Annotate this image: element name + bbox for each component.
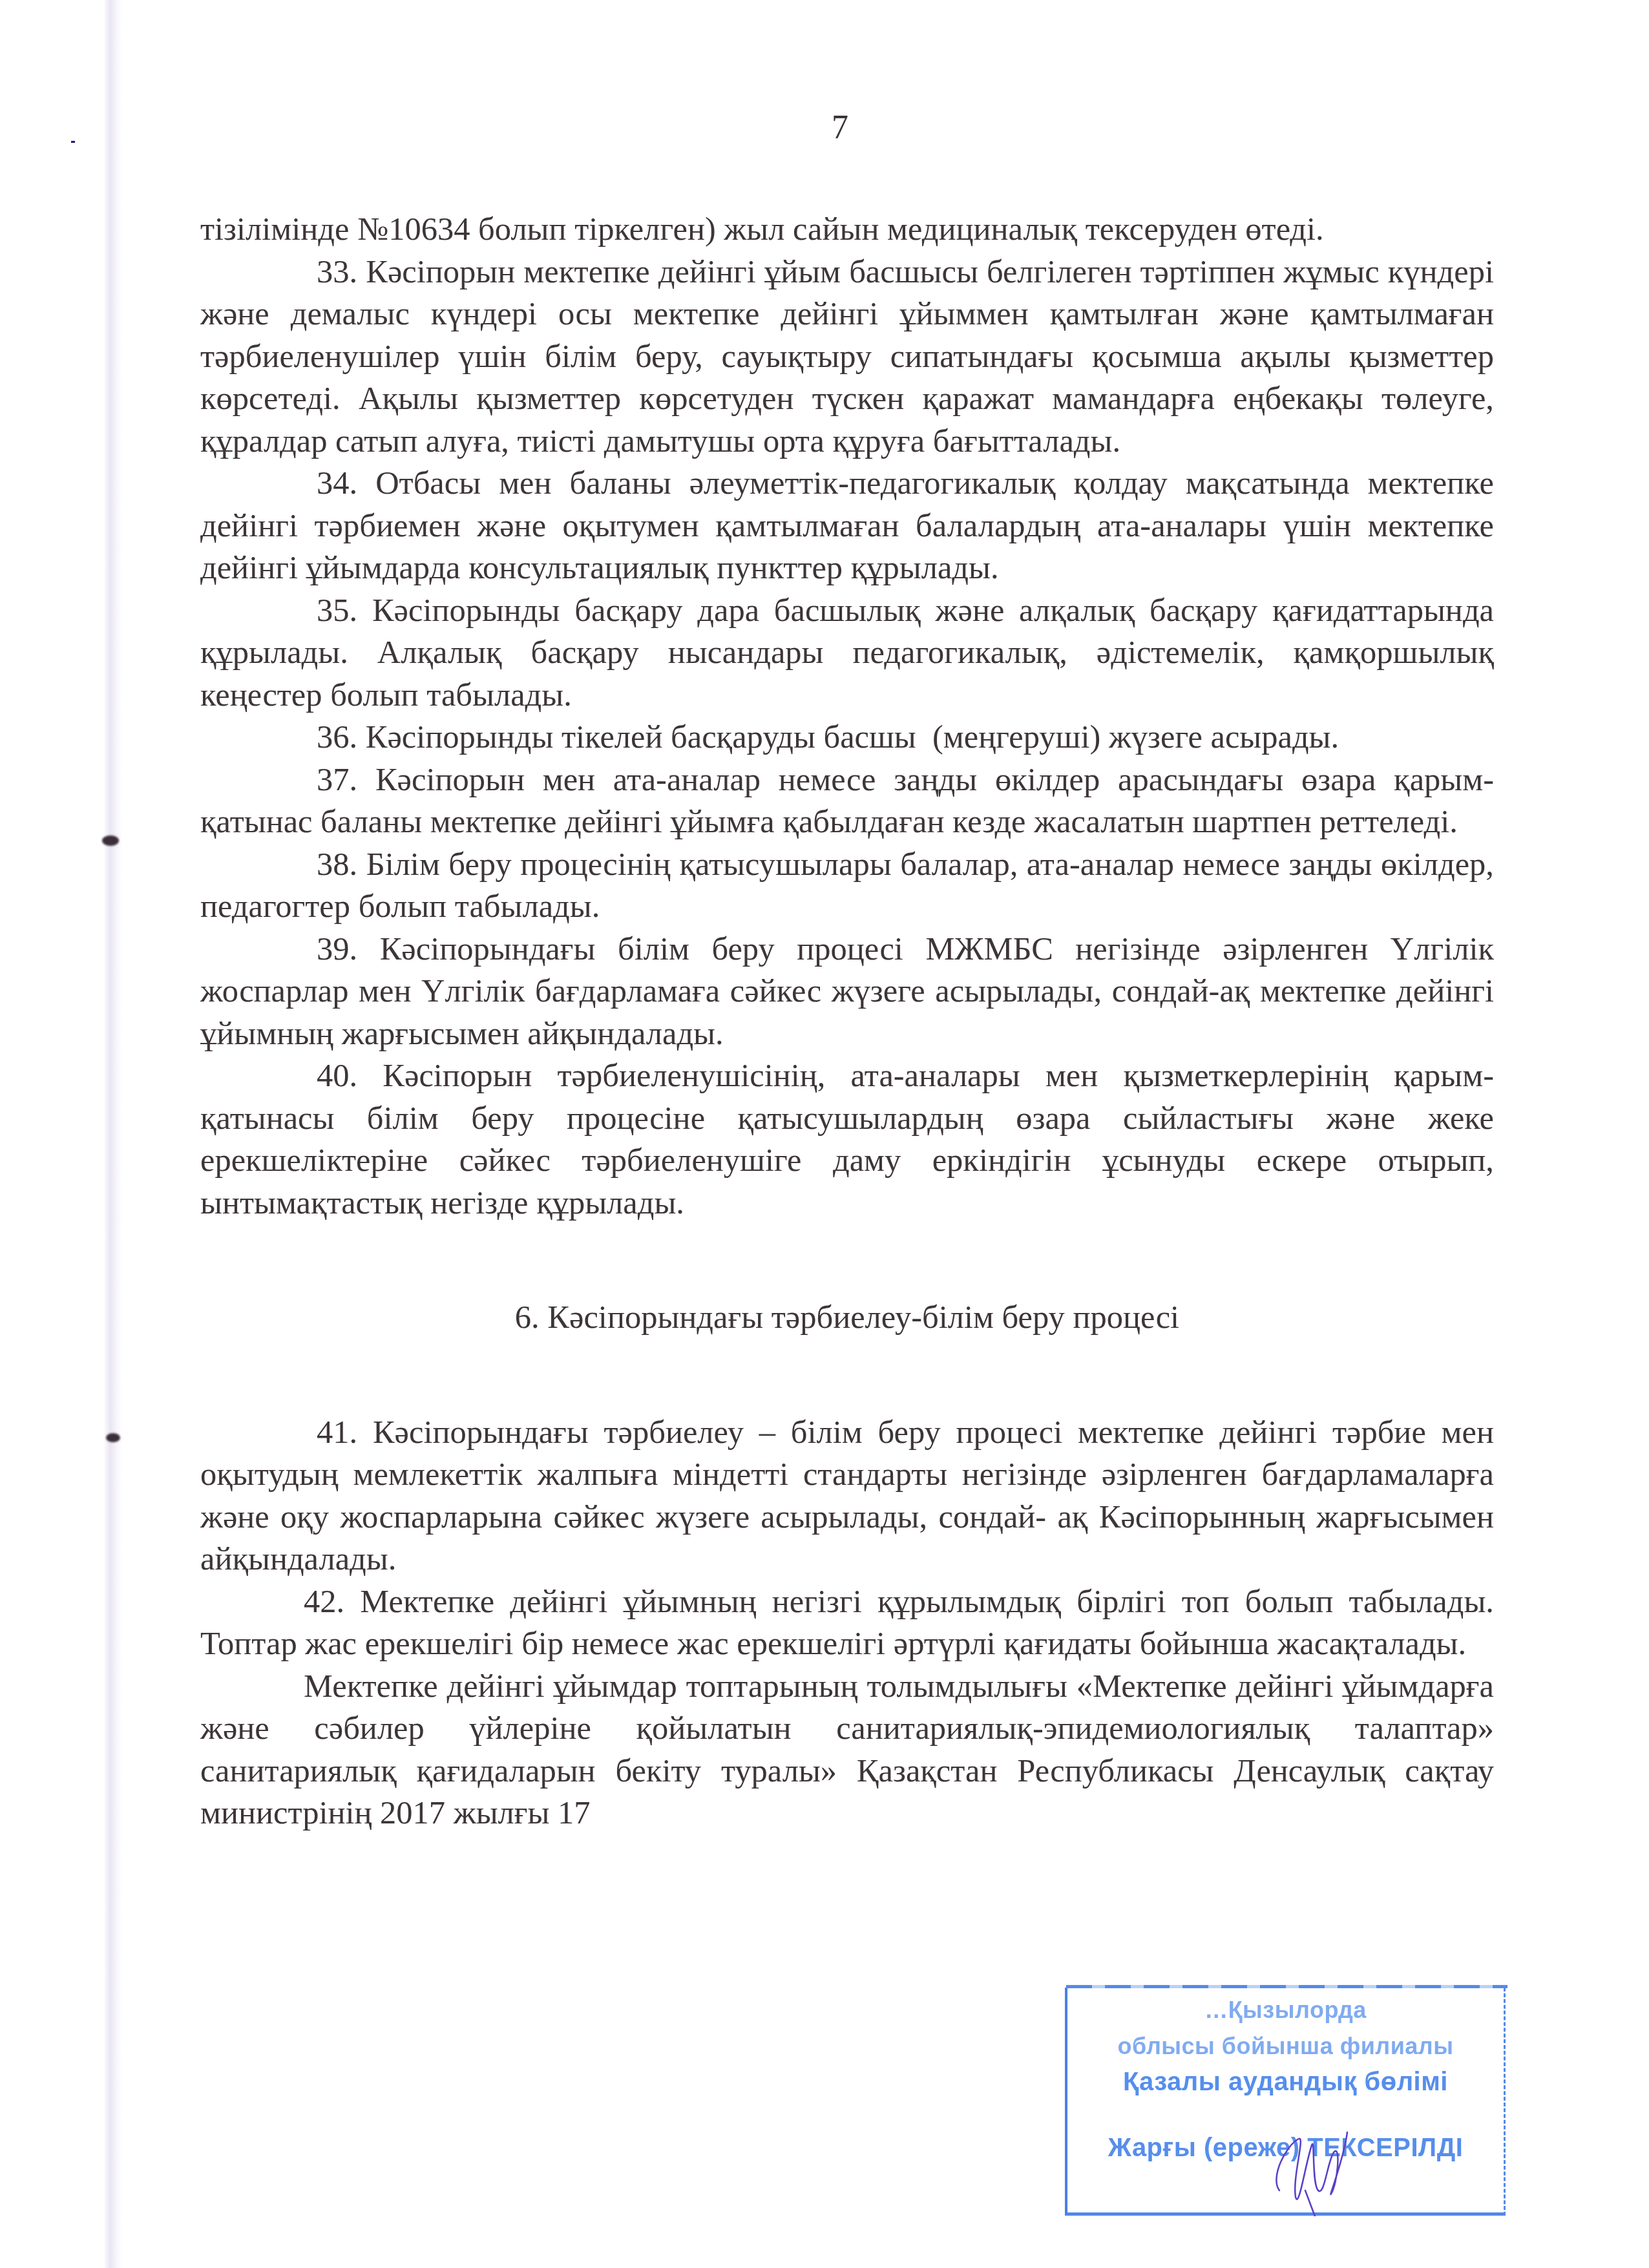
section-heading: 6. Кәсіпорындағы тәрбиелеу-білім беру пр… <box>200 1296 1494 1339</box>
binder-shadow <box>103 0 123 2268</box>
paragraph-38: 38. Білім беру процесінің қатысушылары б… <box>200 843 1494 928</box>
document-body: тізілімінде №10634 болып тіркелген) жыл … <box>200 208 1494 1834</box>
paragraph-41: 41. Кәсіпорындағы тәрбиелеу – білім беру… <box>200 1411 1494 1580</box>
paragraph-39: 39. Кәсіпорындағы білім беру процесі МЖМ… <box>200 928 1494 1055</box>
paragraph-group-size: Мектепке дейінгі ұйымдар топтарының толы… <box>200 1665 1494 1834</box>
document-page: 7 тізілімінде №10634 болып тіркелген) жы… <box>0 0 1649 2268</box>
scan-speck <box>71 141 75 143</box>
paragraph-36: 36. Кәсіпорынды тікелей басқаруды басшы … <box>200 716 1494 759</box>
binder-hole-mark <box>106 1433 120 1442</box>
stamp-line-3: Қазалы аудандық бөлімі <box>1067 2068 1504 2097</box>
page-number: 7 <box>821 109 859 147</box>
stamp-border <box>1066 1985 1507 1988</box>
paragraph-40: 40. Кәсіпорын тәрбиеленушісінің, ата-ана… <box>200 1055 1494 1224</box>
paragraph-37: 37. Кәсіпорын мен ата-аналар немесе заңд… <box>200 759 1494 843</box>
paragraph-34: 34. Отбасы мен баланы әлеуметтік-педагог… <box>200 462 1494 589</box>
paragraph-42: 42. Мектепке дейінгі ұйымның негізгі құр… <box>200 1580 1494 1665</box>
paragraph-33: 33. Кәсіпорын мектепке дейінгі ұйым басш… <box>200 251 1494 463</box>
stamp-line-2: облысы бойынша филиалы <box>1067 2033 1504 2060</box>
paragraph-35: 35. Кәсіпорынды басқару дара басшылық жә… <box>200 589 1494 717</box>
stamp-line-1: …Қызылорда <box>1067 1997 1504 2024</box>
signature-icon <box>1266 2119 1350 2216</box>
paragraph-continuation: тізілімінде №10634 болып тіркелген) жыл … <box>200 208 1494 251</box>
binder-hole-mark <box>102 835 119 846</box>
